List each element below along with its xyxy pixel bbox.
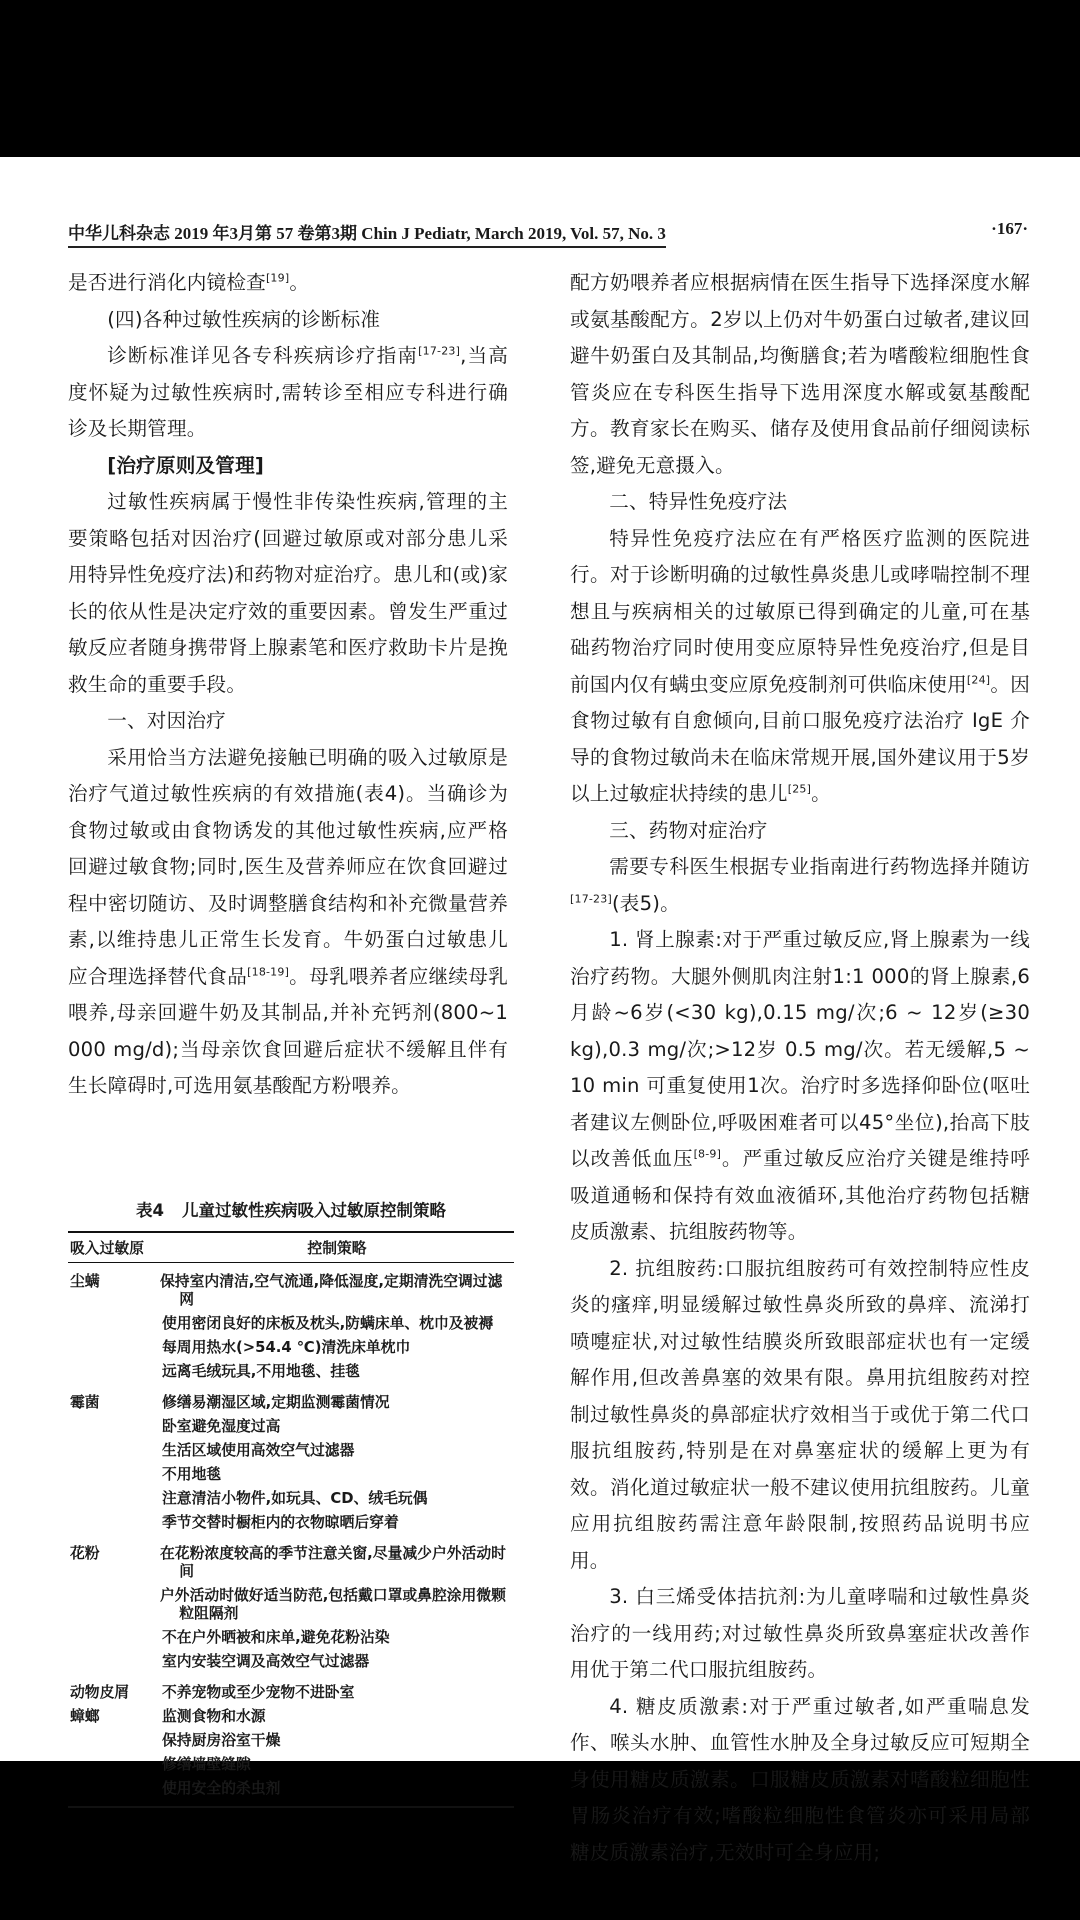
table-row: 卧室避免湿度过高 [68,1415,514,1439]
left-column: 是否进行消化内镜检查[19]。 (四)各种过敏性疾病的诊断标准 诊断标准详见各专… [68,265,508,1105]
table-row: 每周用热水(>54.4 ℃)清洗床单枕巾 [68,1336,514,1360]
paragraph: 过敏性疾病属于慢性非传染性疾病,管理的主要策略包括对因治疗(回避过敏原或对部分患… [68,484,508,703]
table-row: 生活区域使用高效空气过滤器 [68,1439,514,1463]
table-row: 使用密闭良好的床板及枕头,防螨床单、枕巾及被褥 [68,1312,514,1336]
table-row: 修缮墙壁缝隙 [68,1753,514,1777]
table-number: 表4 [136,1201,164,1220]
paragraph: 配方奶喂养者应根据病情在医生指导下选择深度水解或氨基酸配方。2岁以上仍对牛奶蛋白… [570,265,1030,484]
table-row: 室内安装空调及高效空气过滤器 [68,1650,514,1674]
document-page: 中华儿科杂志 2019 年3月第 57 卷第3期 Chin J Pediatr,… [0,157,1080,1761]
section-heading: 一、对因治疗 [68,703,508,740]
paragraph: 1. 肾上腺素:对于严重过敏反应,肾上腺素为一线治疗药物。大腿外侧肌肉注射1:1… [570,922,1030,1251]
table-row: 不用地毯 [68,1463,514,1487]
citation[interactable]: [17-23] [570,892,612,905]
table-row: 尘螨保持室内清洁,空气流通,降低湿度,定期清洗空调过滤网 [68,1263,514,1313]
paragraph: 4. 糖皮质激素:对于严重过敏者,如严重喘息发作、喉头水肿、血管性水肿及全身过敏… [570,1689,1030,1872]
table-row: 远离毛绒玩具,不用地毯、挂毯 [68,1360,514,1384]
table-caption: 表4儿童过敏性疾病吸入过敏原控制策略 [68,1197,514,1221]
paragraph: 3. 白三烯受体拮抗剂:为儿童哮喘和过敏性鼻炎治疗的一线用药;对过敏性鼻炎所致鼻… [570,1579,1030,1689]
paragraph: 诊断标准详见各专科疾病诊疗指南[17-23],当高度怀疑为过敏性疾病时,需转诊至… [68,338,508,448]
table-row: 花粉在花粉浓度较高的季节注意关窗,尽量减少户外活动时间 [68,1535,514,1584]
paragraph: 需要专科医生根据专业指南进行药物选择并随访[17-23](表5)。 [570,849,1030,922]
table-row: 霉菌修缮易潮湿区域,定期监测霉菌情况 [68,1384,514,1415]
table-row: 保持厨房浴室干燥 [68,1729,514,1753]
column-header: 控制策略 [160,1232,514,1263]
page-number: ·167· [991,219,1028,239]
table-row: 注意清洁小物件,如玩具、CD、绒毛玩偶 [68,1487,514,1511]
column-header: 吸入过敏原 [68,1232,160,1263]
section-heading: 二、特异性免疫疗法 [570,484,1030,521]
citation[interactable]: [18-19] [247,965,289,978]
citation[interactable]: [8-9] [694,1147,722,1160]
allergen-control-table: 吸入过敏原 控制策略 尘螨保持室内清洁,空气流通,降低湿度,定期清洗空调过滤网 … [68,1231,514,1808]
paragraph: 2. 抗组胺药:口服抗组胺药可有效控制特应性皮炎的瘙痒,明显缓解过敏性鼻炎所致的… [570,1251,1030,1580]
table-row: 不在户外晒被和床单,避免花粉沾染 [68,1626,514,1650]
citation[interactable]: [24] [967,673,990,686]
citation[interactable]: [19] [266,271,289,284]
table-title: 儿童过敏性疾病吸入过敏原控制策略 [182,1201,446,1220]
section-heading: (四)各种过敏性疾病的诊断标准 [68,302,508,339]
table-row: 季节交替时橱柜内的衣物晾晒后穿着 [68,1511,514,1535]
citation[interactable]: [25] [788,782,811,795]
right-column: 配方奶喂养者应根据病情在医生指导下选择深度水解或氨基酸配方。2岁以上仍对牛奶蛋白… [570,265,1030,1871]
paragraph: 是否进行消化内镜检查[19]。 [68,265,508,302]
section-heading: [治疗原则及管理] [68,448,508,485]
table-row: 蟑螂监测食物和水源 [68,1705,514,1729]
table-row: 户外活动时做好适当防范,包括戴口罩或鼻腔涂用微颗粒阻隔剂 [68,1584,514,1626]
citation[interactable]: [17-23] [418,344,460,357]
section-heading: 三、药物对症治疗 [570,813,1030,850]
paragraph: 特异性免疫疗法应在有严格医疗监测的医院进行。对于诊断明确的过敏性鼻炎患儿或哮喘控… [570,521,1030,813]
table-4: 表4儿童过敏性疾病吸入过敏原控制策略 吸入过敏原 控制策略 尘螨保持室内清洁,空… [68,1197,514,1808]
paragraph: 采用恰当方法避免接触已明确的吸入过敏原是治疗气道过敏性疾病的有效措施(表4)。当… [68,740,508,1105]
running-header: 中华儿科杂志 2019 年3月第 57 卷第3期 Chin J Pediatr,… [68,219,1028,249]
table-row: 使用安全的杀虫剂 [68,1777,514,1807]
journal-citation: 中华儿科杂志 2019 年3月第 57 卷第3期 Chin J Pediatr,… [68,219,666,248]
table-row: 动物皮屑不养宠物或至少宠物不进卧室 [68,1674,514,1705]
